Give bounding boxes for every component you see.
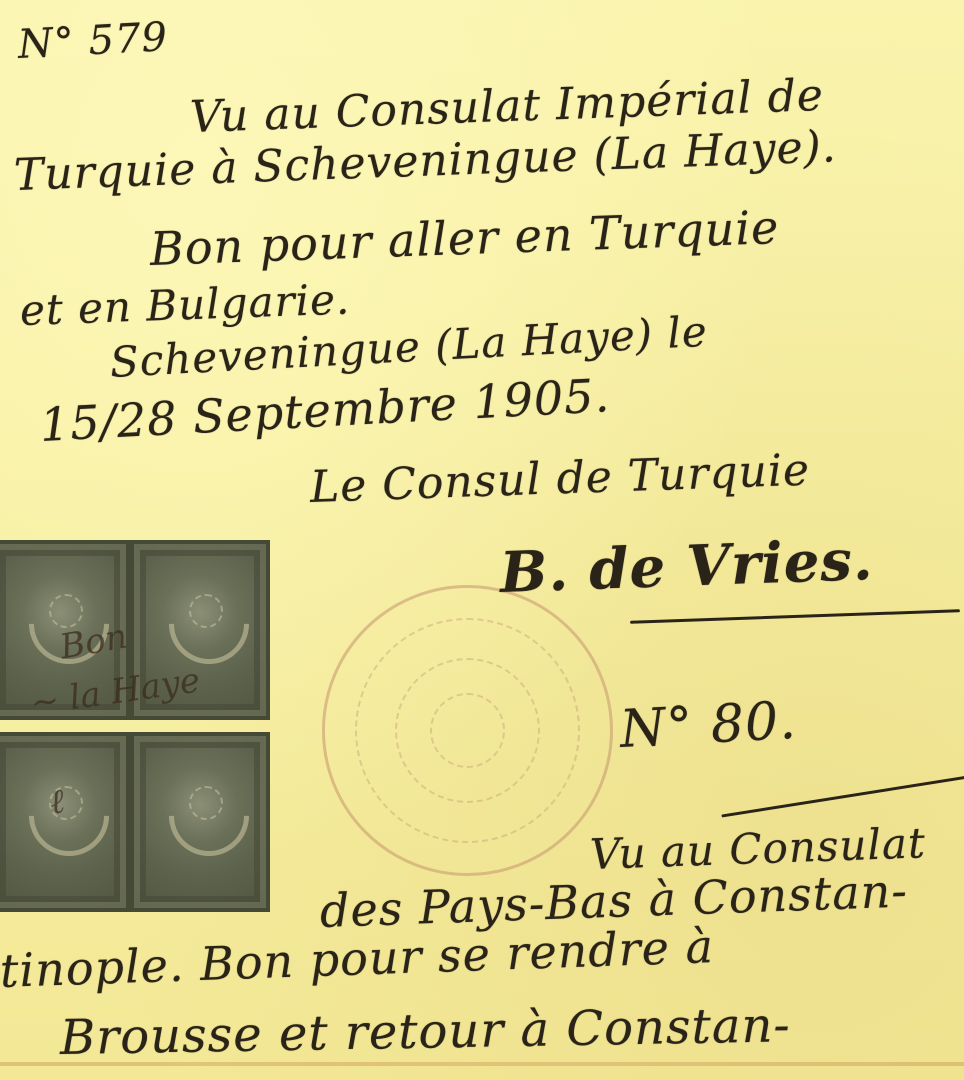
consular-seal: [322, 585, 613, 876]
stamp: [0, 732, 130, 912]
signature: B. de Vries.: [499, 527, 875, 606]
second-endorsement-number: N° 80.: [618, 691, 798, 760]
revenue-stamps: Bon ~ la Haye ℓ: [0, 532, 290, 922]
seal-ring: [430, 693, 505, 768]
stamp: [130, 732, 270, 912]
document-number: N° 579: [17, 14, 169, 68]
paper-fold-line: [0, 1062, 964, 1066]
